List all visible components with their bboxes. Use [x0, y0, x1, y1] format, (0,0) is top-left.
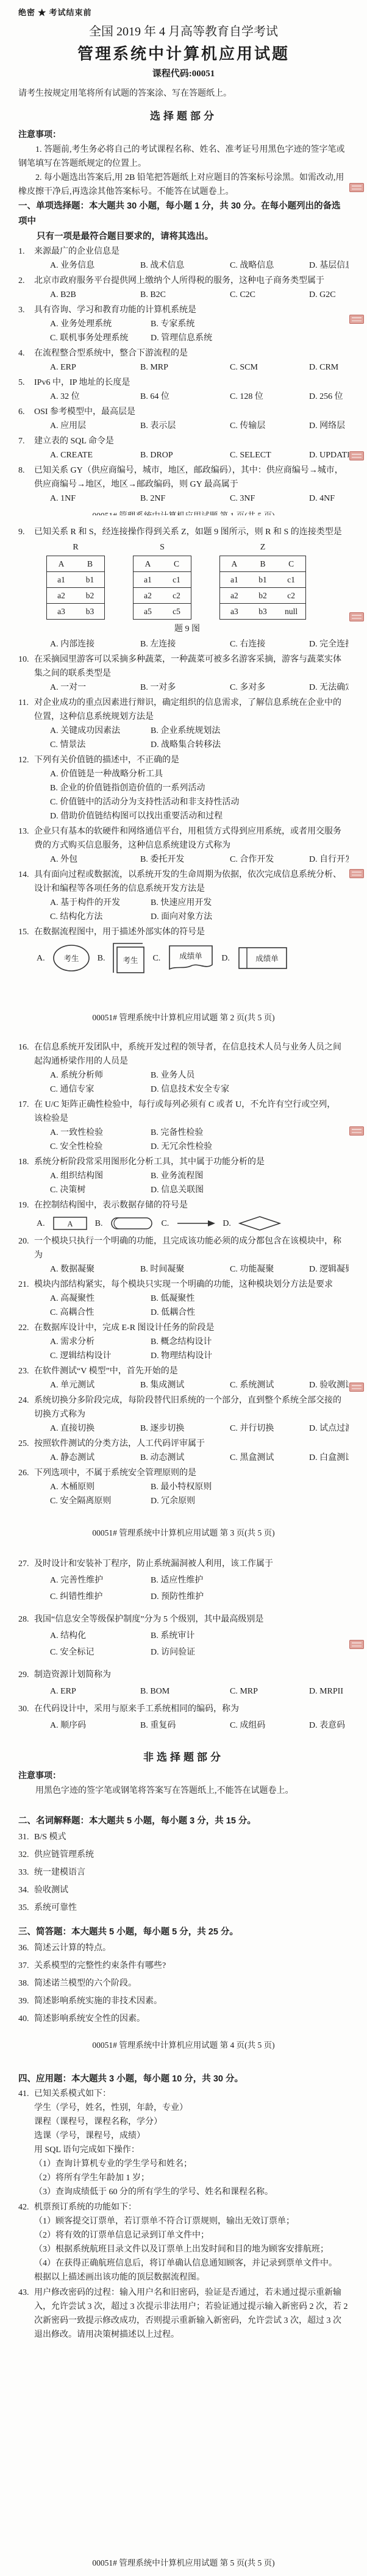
question-stem-line: 在代码设计中，采用与原来手工系统相同的编码，称为: [34, 1701, 349, 1717]
option: D. 战略集合转移法: [151, 738, 349, 752]
table-cell: a1: [220, 572, 249, 587]
question-stem-line: 课程（课程号，课程名称，学分）: [34, 2115, 349, 2129]
question: 23.在软件测试“V 模型”中，首先开始的是A. 单元测试B. 集成测试C. 系…: [18, 1364, 349, 1392]
question-body: 制造资源计划简称为A. ERPB. BOMC. MRPD. MRPII: [34, 1667, 349, 1700]
option: A. 业务信息: [50, 259, 140, 273]
page-5-footer: 00051# 管理系统中计算机应用试题 第 5 页(共 5 页): [18, 2554, 349, 2570]
option: B. 快速应用开发: [151, 896, 349, 910]
course-code: 课程代码:00051: [18, 66, 349, 82]
table-cell: a2: [220, 588, 249, 603]
question-stem-line: （1）查询计算机专业的学生学号和姓名；: [34, 2157, 349, 2171]
question: 43.用户修改密码的过程：输入用户名和旧密码，验证是否通过，若未通过提示重新输入…: [18, 2286, 349, 2342]
option: C. 3NF: [230, 492, 309, 506]
option: D. 白盒测试: [309, 1451, 349, 1465]
option: C. 合作开发: [230, 853, 309, 867]
option: D. 冗余原则: [151, 1494, 349, 1508]
question-number: 19.: [18, 1198, 29, 1212]
question: 17.在 U/C 矩阵正确性检验中，每行或每列必须有 C 或者 U，不允许有空行…: [18, 1098, 349, 1154]
option: B. 业务人员: [151, 1068, 349, 1082]
option: D. 基层信息: [309, 259, 349, 273]
shape-ellipse-icon: 考生: [52, 944, 90, 972]
question-number: 22.: [18, 1321, 29, 1335]
option: C. 系统测试: [230, 1378, 309, 1392]
table-cell: A: [134, 556, 162, 571]
question-number: 18.: [18, 1155, 29, 1169]
table-cell: a2: [47, 588, 76, 603]
question: 4.在流程整合型系统中，整合下游流程的是A. ERPB. MRPC. SCMD.…: [18, 346, 349, 374]
question-stem-line: 在数据流程图中，用于描述外部实体的符号是: [34, 925, 349, 939]
options: A. 内部连接B. 左连接C. 右连接D. 完全连接: [50, 637, 349, 651]
question-body: 下列有关价值链的描述中，不正确的是A. 价值链是一种战略分析工具B. 企业的价值…: [34, 753, 349, 823]
exam-paper: 绝密 ★ 考试结束前全国 2019 年 4 月高等教育自学考试管理系统中计算机应…: [0, 0, 367, 2576]
option: C. 并行切换: [230, 1422, 309, 1436]
question-number: 8.: [18, 463, 25, 478]
red-stamp-icon: [349, 1640, 364, 1649]
question: 18.系统分析阶段常采用图形化分析工具，其中属于功能分析的是A. 组织结构图B.…: [18, 1155, 349, 1197]
option: C. 右连接: [230, 637, 309, 651]
option: D. 低耦合性: [151, 1306, 349, 1320]
option: C. SCM: [230, 360, 309, 374]
option: C. 功能凝聚: [230, 1262, 309, 1276]
question-stem-line: 已知关系 GY（供应商编号，城市，地区，邮政编码），其中：供应商编号→城市，: [34, 463, 349, 478]
table-row: a3b3null: [220, 603, 305, 619]
option-label: C.: [161, 1217, 169, 1231]
option: A. 数据凝聚: [50, 1262, 140, 1276]
question-body: 在数据流程图中，用于描述外部实体的符号是A.考生B.考生C.成绩单D.成绩单: [34, 925, 349, 976]
question-number: 28.: [18, 1611, 29, 1628]
option: C. 纠错性维护: [50, 1589, 151, 1605]
question-stem-line: 用 SQL 语句完成如下操作：: [34, 2143, 349, 2157]
question: 3.具有咨询、学习和教育功能的计算机系统是A. 业务处理系统B. 专家系统C. …: [18, 303, 349, 345]
options: A. 完善性维护B. 适应性维护C. 纠错性维护D. 预防性维护: [50, 1572, 349, 1605]
option: D. 256 位: [309, 390, 349, 404]
option-label: A.: [37, 1217, 45, 1231]
question-body: 在流程整合型系统中，整合下游流程的是A. ERPB. MRPC. SCMD. C…: [34, 346, 349, 374]
svg-text:成绩单: 成绩单: [255, 954, 279, 963]
question-stem-line: （4）在获得正确航班信息后，将订单确认信息通知顾客，并记录到票单文件中。: [34, 2256, 349, 2270]
option: B. 业务流程图: [151, 1169, 349, 1183]
page-1-content: 绝密 ★ 考试结束前全国 2019 年 4 月高等教育自学考试管理系统中计算机应…: [18, 6, 349, 507]
table-cell: C: [162, 556, 191, 571]
question-stem-line: 设计和编程等各项任务的信息系统开发方法是: [34, 882, 349, 896]
question: 7.建立表的 SQL 命令是A. CREATEB. DROPC. SELECTD…: [18, 434, 349, 462]
option: C. 通信专家: [50, 1082, 151, 1097]
table-grid: ACa1c1a2c2a5c5: [133, 556, 191, 620]
spacer: [18, 1662, 349, 1667]
relation-table-Z: ZABCa1b1c1a2b2c2a3b3null: [219, 542, 306, 620]
question-stem-line: 关系模型的完整性约束条件有哪些?: [34, 1958, 349, 1974]
figure-caption: 题 9 图: [46, 623, 328, 636]
option: B. 概念结构设计: [151, 1335, 349, 1349]
question-stem-line: 一个模块只执行一个明确的功能，且完成该功能必须的成分都包含在该模块中，称为: [34, 1234, 349, 1262]
table-grid: ABCa1b1c1a2b2c2a3b3null: [219, 556, 306, 620]
figure-q9-tables: RABa1b1a2b2a3b3SACa1c1a2c2a5c5ZABCa1b1c1…: [46, 542, 328, 620]
option: C. 安全标记: [50, 1644, 151, 1661]
notes-block: 注意事项：1. 答题前,考生务必将自己的考试课程名称、姓名、准考证号用黑色字迹的…: [18, 128, 349, 199]
question: 35.系统可靠性: [18, 1900, 349, 1916]
option: A. ERP: [50, 1683, 140, 1700]
option: A. 高凝聚性: [50, 1292, 151, 1306]
question-number: 29.: [18, 1667, 29, 1683]
exam-title-line1: 全国 2019 年 4 月高等教育自学考试: [18, 22, 349, 41]
question-stem-line: （1）顾客提交订票单，若订票单不符合订票规则，输出无效订票单；: [34, 2214, 349, 2228]
question-stem-line: 我国“信息安全等级保护制度”分为 5 个级别，其中最高级别是: [34, 1611, 349, 1628]
question: 42.机票预订系统的功能如下：（1）顾客提交订票单，若订票单不符合订票规则，输出…: [18, 2200, 349, 2284]
question-stem-line: 下列选项中，不属于系统安全管理原则的是: [34, 1466, 349, 1480]
option: D. 试点过渡: [309, 1422, 349, 1436]
shape-diamond-icon: [238, 1215, 281, 1231]
red-stamp-icon: [349, 869, 364, 878]
option: D. 完全连接: [309, 637, 349, 651]
question: 26.下列选项中，不属于系统安全管理原则的是A. 木桶原则B. 最小特权原则C.…: [18, 1466, 349, 1508]
options: A. 业务处理系统B. 专家系统C. 联机事务处理系统D. 管理信息系统: [50, 317, 349, 345]
option: A. 32 位: [50, 390, 140, 404]
table-cell: a3: [47, 604, 76, 619]
question: 31.B/S 模式: [18, 1829, 349, 1845]
question-stem-line: 建立表的 SQL 命令是: [34, 434, 349, 448]
question-stem-line: 位置，这种信息系统规划方法是: [34, 710, 349, 724]
table-row: a3b3: [47, 603, 104, 619]
question-body: 机票预订系统的功能如下：（1）顾客提交订票单，若订票单不符合订票规则，输出无效订…: [34, 2200, 349, 2284]
table-header-row: AB: [47, 556, 104, 571]
question-number: 10.: [18, 653, 29, 667]
question: 21.模块内部结构紧实，每个模块只实现一个明确的功能，这种模块划分方法是要求A.…: [18, 1278, 349, 1320]
question: 22.在数据库设计中，完成 E-R 图设计任务的阶段是A. 需求分析B. 概念结…: [18, 1321, 349, 1363]
shape-doublerect-icon: 考生: [112, 942, 145, 974]
question-number: 20.: [18, 1234, 29, 1248]
table-cell: A: [220, 556, 249, 571]
red-stamp-icon: [349, 1126, 364, 1136]
question-number: 40.: [18, 2011, 29, 2027]
question: 39.简述影响系统实施的非技术因素。: [18, 1993, 349, 2009]
option-label: A.: [37, 951, 45, 965]
option: D. 信息关联图: [151, 1183, 349, 1197]
options: A. 数据凝聚B. 时间凝聚C. 功能凝聚D. 逻辑凝聚: [50, 1262, 349, 1276]
question-stem-line: 在数据库设计中，完成 E-R 图设计任务的阶段是: [34, 1321, 349, 1335]
table-row: a1b1c1: [220, 571, 305, 587]
options: A. 木桶原则B. 最小特权原则C. 安全隔离原则D. 冗余原则: [50, 1480, 349, 1508]
question-stem-line: 简述影响系统安全性的因素。: [34, 2011, 349, 2027]
question-body: 验收测试: [34, 1882, 349, 1898]
instruction-line: 请考生按规定用笔将所有试题的答案涂、写在答题纸上。: [18, 87, 349, 101]
question-stem-line: 简述云计算的特点。: [34, 1940, 349, 1956]
option-label: C.: [152, 951, 160, 965]
question-body: 按照软件测试的分类方法，人工代码评审属于A. 静态测试B. 动态测试C. 黑盒测…: [34, 1437, 349, 1465]
option: B. B2C: [140, 288, 230, 302]
red-stamp-icon: [349, 183, 364, 192]
options: A. 一致性检验B. 完备性检验C. 安全性检验D. 无冗余性检验: [50, 1126, 349, 1154]
question: 36.简述云计算的特点。: [18, 1940, 349, 1956]
question-number: 39.: [18, 1993, 29, 2009]
question-stem-line: 企业只有基本的软硬件和网络通信平台，用租赁方式得到应用系统，或者用交服务: [34, 825, 349, 839]
option: B. 最小特权原则: [151, 1480, 349, 1494]
question-stem-line: 来源最广的企业信息是: [34, 245, 349, 259]
question-number: 15.: [18, 925, 29, 939]
option: B. 企业的价值链指创造价值的一系列活动: [50, 781, 349, 795]
page-3: 16.在信息系统开发团队中，系统开发过程的领导者，在信息技术人员与业务人员之间起…: [0, 1031, 367, 1546]
question-stem-line: 模块内部结构紧实，每个模块只实现一个明确的功能，这种模块划分方法是要求: [34, 1278, 349, 1292]
question: 14.具有面向过程或数据流，以系统开发的生命周期为依据，依次完成信息系统分析、设…: [18, 868, 349, 924]
options: A. 一对一B. 一对多C. 多对多D. 无法确定: [50, 681, 349, 695]
shape-datastore-icon: [110, 1216, 154, 1231]
spacer: [18, 1798, 349, 1814]
option: A. 一对一: [50, 681, 140, 695]
question-stem-line: 在流程整合型系统中，整合下游流程的是: [34, 346, 349, 360]
page-4: 27.及时设计和安装补丁程序，防止系统漏洞被人利用，该工作属于A. 完善性维护B…: [0, 1546, 367, 2058]
table-cell: a3: [220, 604, 249, 619]
table-cell: a1: [134, 572, 162, 587]
question-stem-line: 供应商编号→地区，地区→邮政编码，则 GY 最高属于: [34, 478, 349, 492]
table-cell: B: [76, 556, 104, 571]
option: D. 面向对象方法: [151, 910, 349, 924]
option-label: D.: [221, 951, 230, 965]
section-heading-line: 一、单项选择题：本大题共 30 小题，每小题 1 分，共 30 分。在每小题列出…: [18, 199, 349, 229]
table-header-row: AC: [134, 556, 191, 571]
question-stem-line: （3）根据系统航班目录文件以及订票单上出发时间和目的地为顾客安排航班；: [34, 2242, 349, 2256]
options: A. CREATEB. DROPC. SELECTD. UPDATE: [50, 448, 349, 462]
question-number: 23.: [18, 1364, 29, 1378]
question-body: 一个模块只执行一个明确的功能，且完成该功能必须的成分都包含在该模块中，称为A. …: [34, 1234, 349, 1276]
options: A. ERPB. MRPC. SCMD. CRM: [50, 360, 349, 374]
table-cell: c2: [277, 588, 305, 603]
option-shapes-row: A.考生B.考生C.成绩单D.成绩单: [37, 939, 349, 976]
question-number: 27.: [18, 1556, 29, 1572]
option: A. 静态测试: [50, 1451, 140, 1465]
question-body: 对企业成功的重点因素进行辩识，确定组织的信息需求，了解信息系统在企业中的位置，这…: [34, 696, 349, 752]
question-number: 21.: [18, 1278, 29, 1292]
page-3-footer: 00051# 管理系统中计算机应用试题 第 3 页(共 5 页): [18, 1524, 349, 1540]
table-cell: b3: [76, 604, 104, 619]
svg-text:A: A: [67, 1220, 73, 1228]
question-number: 9.: [18, 525, 25, 539]
option: D. 逻辑凝聚: [309, 1262, 349, 1276]
classification-banner: 绝密 ★ 考试结束前: [18, 6, 349, 20]
question-body: 企业只有基本的软硬件和网络通信平台，用租赁方式得到应用系统，或者用交服务费的方式…: [34, 825, 349, 867]
question-body: 具有咨询、学习和教育功能的计算机系统是A. 业务处理系统B. 专家系统C. 联机…: [34, 303, 349, 345]
table-cell: b1: [76, 572, 104, 587]
option: B. 时间凝聚: [140, 1262, 230, 1276]
option: A. 一致性检验: [50, 1126, 151, 1140]
option: D. 借助价值链结构图可以找出重要活动和过程: [50, 809, 349, 823]
option: B. BOM: [140, 1683, 230, 1700]
option: D. 访问验证: [151, 1644, 349, 1661]
question-body: 用户修改密码的过程：输入用户名和旧密码，验证是否通过，若未通过提示重新输入，允许…: [34, 2286, 349, 2342]
option-shapes-row: A.AB.C.D.: [37, 1212, 349, 1233]
question-body: 在信息系统开发团队中，系统开发过程的领导者，在信息技术人员与业务人员之间起沟通桥…: [34, 1040, 349, 1097]
question-number: 33.: [18, 1864, 29, 1881]
option: C. 结构化方法: [50, 910, 151, 924]
option: D. G2C: [309, 288, 349, 302]
table-cell: c1: [277, 572, 305, 587]
question-body: OSI 参考模型中，最高层是A. 应用层B. 表示层C. 传输层D. 网络层: [34, 405, 349, 433]
option: B. 重复码: [140, 1717, 230, 1734]
option: B. 完备性检验: [151, 1126, 349, 1140]
question-stem-line: 已知关系模式如下：: [34, 2087, 349, 2101]
question-number: 41.: [18, 2087, 29, 2101]
shape-arrow-icon: [176, 1219, 215, 1228]
option: B. 一对多: [140, 681, 230, 695]
question-body: 下列选项中，不属于系统安全管理原则的是A. 木桶原则B. 最小特权原则C. 安全…: [34, 1466, 349, 1508]
question-stem-line: 北京市政府服务平台提供网上缴纳个人所得税的服务，这种电子商务类型属于: [34, 274, 349, 288]
options: A. 组织结构图B. 业务流程图C. 决策树D. 信息关联图: [50, 1169, 349, 1197]
option: B. 左连接: [140, 637, 230, 651]
table-row: a2b2: [47, 587, 104, 603]
question-body: 及时设计和安装补丁程序，防止系统漏洞被人利用，该工作属于A. 完善性维护B. 适…: [34, 1556, 349, 1605]
question-body: 已知关系 R 和 S，经连接操作得到关系 Z，如题 9 图所示，则 R 和 S …: [34, 525, 349, 651]
question-stem-line: 根据以上描述画出该功能的顶层数据流程图。: [34, 2270, 349, 2284]
red-stamp-icon: [349, 1383, 364, 1392]
question: 38.简述诺兰模型的六个阶段。: [18, 1975, 349, 1992]
option: A. 需求分析: [50, 1335, 151, 1349]
question-stem-line: 具有咨询、学习和教育功能的计算机系统是: [34, 303, 349, 317]
table-row: a2c2: [134, 587, 191, 603]
page-5-content: 四、应用题：本大题共 3 小题，每小题 10 分，共 30 分。41.已知关系模…: [18, 2072, 349, 2343]
question-stem-line: （3）查询成绩低于 60 分的所有学生的学号、姓名和课程名称。: [34, 2185, 349, 2199]
options: A. 结构化B. 系统审计C. 安全标记D. 访问验证: [50, 1628, 349, 1661]
question-stem-line: OSI 参考模型中，最高层是: [34, 405, 349, 419]
options: A. 32 位B. 64 位C. 128 位D. 256 位: [50, 390, 349, 404]
question: 19.在控制结构图中，表示数据存储的符号是A.AB.C.D.: [18, 1198, 349, 1233]
notes-title: 注意事项：: [18, 1769, 349, 1784]
question: 28.我国“信息安全等级保护制度”分为 5 个级别，其中最高级别是A. 结构化B…: [18, 1611, 349, 1661]
table-cell: C: [277, 556, 305, 571]
table-cell: c1: [162, 572, 191, 587]
question-body: 系统切换分多阶段完成，每阶段替代旧系统的一个部分，直到整个系统全部交接的切换方式…: [34, 1394, 349, 1436]
question-number: 4.: [18, 346, 25, 360]
option: C. 高耦合性: [50, 1306, 151, 1320]
option: C. 黑盒测试: [230, 1451, 309, 1465]
options: A. 高凝聚性B. 低凝聚性C. 高耦合性D. 低耦合性: [50, 1292, 349, 1320]
question-stem-line: 用户修改密码的过程：输入用户名和旧密码，验证是否通过，若未通过提示重新输入，允许…: [34, 2286, 349, 2342]
option: C. 情景法: [50, 738, 151, 752]
option: B. DROP: [140, 448, 230, 462]
table-cell: c5: [162, 604, 191, 619]
question-number: 32.: [18, 1847, 29, 1863]
section-heading-line: 三、简答题：本大题共 5 小题，每小题 5 分，共 25 分。: [18, 1925, 349, 1940]
option: D. 物理结构设计: [151, 1349, 349, 1363]
question-stem-line: B/S 模式: [34, 1829, 349, 1845]
option: A. 组织结构图: [50, 1169, 151, 1183]
question-stem-line: 起沟通桥梁作用的人员是: [34, 1054, 349, 1068]
option: A. 基于构件的开发: [50, 896, 151, 910]
options: A. 系统分析师B. 业务人员C. 通信专家D. 信息技术安全专家: [50, 1068, 349, 1097]
option: B. 企业系统规划法: [151, 724, 349, 738]
spacer: [18, 1735, 349, 1745]
question-body: 供应链管理系统: [34, 1847, 349, 1863]
question-stem-line: 在 U/C 矩阵正确性检验中，每行或每列必须有 C 或者 U，不允许有空行或空列…: [34, 1098, 349, 1112]
question-body: 在代码设计中，采用与原来手工系统相同的编码，称为A. 顺序码B. 重复码C. 成…: [34, 1701, 349, 1734]
option: B. 64 位: [140, 390, 230, 404]
option: D. 无冗余性检验: [151, 1140, 349, 1154]
spacer: [18, 1917, 349, 1925]
svg-text:考生: 考生: [63, 954, 79, 963]
option: A. 关键成功因素法: [50, 724, 151, 738]
question-body: IPv6 中，IP 地址的长度是A. 32 位B. 64 位C. 128 位D.…: [34, 376, 349, 404]
question-stem-line: 制造资源计划简称为: [34, 1667, 349, 1683]
option: A. 单元测试: [50, 1378, 140, 1392]
options: A. ERPB. BOMC. MRPD. MRPII: [50, 1683, 349, 1700]
options: A. 应用层B. 表示层C. 传输层D. 网络层: [50, 419, 349, 433]
option: B. 适应性维护: [151, 1572, 349, 1589]
option: B. 委托开发: [140, 853, 230, 867]
question-stem-line: 选课（学号，课程号，成绩）: [34, 2129, 349, 2143]
option: A. 直接切换: [50, 1422, 140, 1436]
page-2-content: 9.已知关系 R 和 S，经连接操作得到关系 Z，如题 9 图所示，则 R 和 …: [18, 525, 349, 977]
question-stem-line: 验收测试: [34, 1882, 349, 1898]
table-cell: a5: [134, 604, 162, 619]
question-number: 36.: [18, 1940, 29, 1956]
question-body: 简述影响系统实施的非技术因素。: [34, 1993, 349, 2009]
option: C. 成组码: [230, 1717, 309, 1734]
table-row: a5c5: [134, 603, 191, 619]
option: A. 价值链是一种战略分析工具: [50, 767, 349, 781]
shape-openrect-icon: 成绩单: [237, 946, 288, 970]
option: B. 低凝聚性: [151, 1292, 349, 1306]
page-1-footer: 00051# 管理系统中计算机应用试题 第 1 页(共 5 页): [18, 507, 349, 515]
options: A. 顺序码B. 重复码C. 成组码D. 表意码: [50, 1717, 349, 1734]
question-stem-line: 集之间的联系类型是: [34, 667, 349, 681]
options: A. 需求分析B. 概念结构设计C. 逻辑结构设计D. 物理结构设计: [50, 1335, 349, 1363]
option: A. 完善性维护: [50, 1572, 151, 1589]
figure-q9: RABa1b1a2b2a3b3SACa1c1a2c2a5c5ZABCa1b1c1…: [46, 542, 328, 636]
option: C. MRP: [230, 1683, 309, 1700]
options: A. 关键成功因素法B. 企业系统规划法C. 情景法D. 战略集合转移法: [50, 724, 349, 752]
option: B. 集成测试: [140, 1378, 230, 1392]
question-number: 12.: [18, 753, 29, 767]
question-number: 30.: [18, 1701, 29, 1717]
question-body: B/S 模式: [34, 1829, 349, 1845]
question: 32.供应链管理系统: [18, 1847, 349, 1863]
question-number: 5.: [18, 376, 25, 390]
question-stem-line: 简述影响系统实施的非技术因素。: [34, 1993, 349, 2009]
option: A. 木桶原则: [50, 1480, 151, 1494]
option: D. 表意码: [309, 1717, 349, 1734]
option: B. 动态测试: [140, 1451, 230, 1465]
question-body: 简述云计算的特点。: [34, 1940, 349, 1956]
question-body: 关系模型的完整性约束条件有哪些?: [34, 1958, 349, 1974]
question-body: 建立表的 SQL 命令是A. CREATEB. DROPC. SELECTD. …: [34, 434, 349, 462]
question-body: 模块内部结构紧实，每个模块只实现一个明确的功能，这种模块划分方法是要求A. 高凝…: [34, 1278, 349, 1320]
question: 9.已知关系 R 和 S，经连接操作得到关系 Z，如题 9 图所示，则 R 和 …: [18, 525, 349, 651]
question-number: 2.: [18, 274, 25, 288]
red-stamp-icon: [349, 612, 364, 621]
question-stem-line: 机票预订系统的功能如下：: [34, 2200, 349, 2214]
question: 33.统一建模语言: [18, 1864, 349, 1881]
question-body: 已知关系模式如下：学生（学号，姓名，性别，年龄，专业）课程（课程号，课程名称，学…: [34, 2087, 349, 2199]
question-stem-line: 按照软件测试的分类方法，人工代码评审属于: [34, 1437, 349, 1451]
table-cell: B: [249, 556, 277, 571]
question-stem-line: 已知关系 R 和 S，经连接操作得到关系 Z，如题 9 图所示，则 R 和 S …: [34, 525, 349, 539]
option: B. 表示层: [140, 419, 230, 433]
question-stem-line: 对企业成功的重点因素进行辩识，确定组织的信息需求，了解信息系统在企业中的: [34, 696, 349, 710]
table-title: R: [46, 542, 105, 554]
question-number: 24.: [18, 1394, 29, 1408]
option: C. 价值链中的活动分为支持性活动和非支持性活动: [50, 795, 349, 809]
option: C. 多对多: [230, 681, 309, 695]
svg-text:考生: 考生: [123, 956, 138, 965]
options: A. 业务信息B. 战术信息C. 战略信息D. 基层信息: [50, 259, 349, 273]
question-stem-line: 该检验是: [34, 1112, 349, 1126]
spacer: [18, 82, 349, 87]
question: 20.一个模块只执行一个明确的功能，且完成该功能必须的成分都包含在该模块中，称为…: [18, 1234, 349, 1276]
question: 6.OSI 参考模型中，最高层是A. 应用层B. 表示层C. 传输层D. 网络层: [18, 405, 349, 433]
option: C. 联机事务处理系统: [50, 331, 151, 345]
relation-table-R: RABa1b1a2b2a3b3: [46, 542, 105, 620]
question-body: 系统分析阶段常采用图形化分析工具，其中属于功能分析的是A. 组织结构图B. 业务…: [34, 1155, 349, 1197]
option: C. 安全性检验: [50, 1140, 151, 1154]
spacer: [18, 1606, 349, 1611]
question-stem-line: 系统可靠性: [34, 1900, 349, 1916]
